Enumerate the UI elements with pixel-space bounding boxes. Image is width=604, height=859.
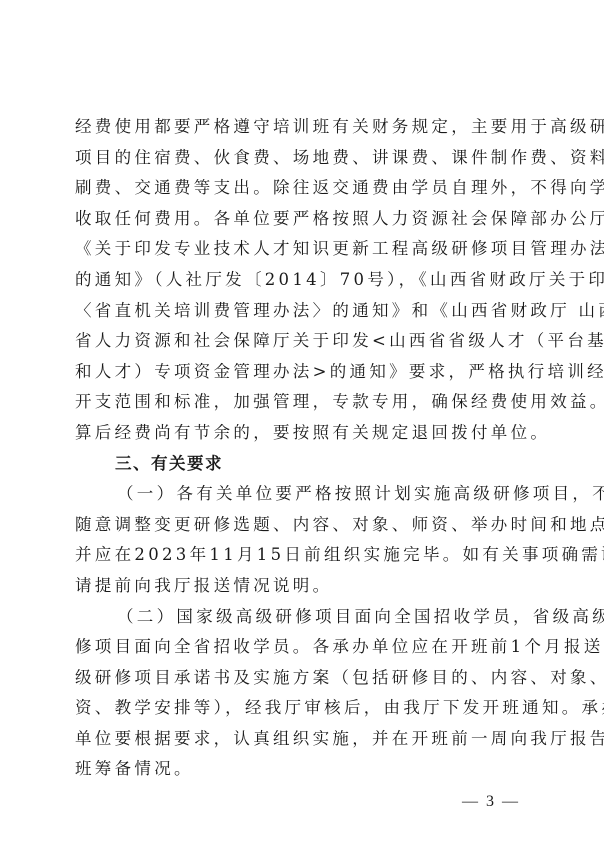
text-line: 收取任何费用。各单位要严格按照人力资源社会保障部办公厅	[75, 204, 531, 235]
text-line: 班筹备情况。	[75, 754, 531, 785]
text-line: 级研修项目承诺书及实施方案（包括研修目的、内容、对象、师	[75, 663, 531, 694]
text-line: 省人力资源和社会保障厅关于印发<山西省省级人才（平台基地	[75, 326, 531, 357]
text-line: 修项目面向全省招收学员。各承办单位应在开班前1个月报送高	[75, 632, 531, 663]
text-line: 并应在2023年11月15日前组织实施完毕。如有关事项确需调整，	[75, 540, 531, 571]
text-line: （二）国家级高级研修项目面向全国招收学员，省级高级研	[75, 602, 531, 633]
text-line: 和人才）专项资金管理办法>的通知》要求，严格执行培训经费	[75, 357, 531, 388]
text-line: 〈省直机关培训费管理办法〉的通知》和《山西省财政厅 山西	[75, 296, 531, 327]
text-line: 请提前向我厅报送情况说明。	[75, 571, 531, 602]
text-line: 刷费、交通费等支出。除往返交通费由学员自理外，不得向学员	[75, 173, 531, 204]
text-line: 开支范围和标准，加强管理，专款专用，确保经费使用效益。决	[75, 387, 531, 418]
text-line: 资、教学安排等），经我厅审核后，由我厅下发开班通知。承办	[75, 693, 531, 724]
text-line: 的通知》（人社厅发〔2014〕70号），《山西省财政厅关于印发	[75, 265, 531, 296]
text-line: 经费使用都要严格遵守培训班有关财务规定，主要用于高级研修	[75, 112, 531, 143]
text-line: 随意调整变更研修选题、内容、对象、师资、举办时间和地点，	[75, 510, 531, 541]
document-body: 经费使用都要严格遵守培训班有关财务规定，主要用于高级研修 项目的住宿费、伙食费、…	[75, 112, 531, 785]
text-line: 单位要根据要求，认真组织实施，并在开班前一周向我厅报告办	[75, 724, 531, 755]
document-page: 经费使用都要严格遵守培训班有关财务规定，主要用于高级研修 项目的住宿费、伙食费、…	[0, 0, 604, 859]
section-heading: 三、有关要求	[75, 449, 531, 480]
paragraph-funding: 经费使用都要严格遵守培训班有关财务规定，主要用于高级研修 项目的住宿费、伙食费、…	[75, 112, 531, 449]
text-line: 算后经费尚有节余的，要按照有关规定退回拨付单位。	[75, 418, 531, 449]
page-number: — 3 —	[462, 793, 520, 811]
text-line: 项目的住宿费、伙食费、场地费、讲课费、课件制作费、资料印	[75, 143, 531, 174]
requirement-item-1: （一）各有关单位要严格按照计划实施高级研修项目，不得 随意调整变更研修选题、内容…	[75, 479, 531, 601]
text-line: 《关于印发专业技术人才知识更新工程高级研修项目管理办法	[75, 234, 531, 265]
requirement-item-2: （二）国家级高级研修项目面向全国招收学员，省级高级研 修项目面向全省招收学员。各…	[75, 602, 531, 786]
text-line: （一）各有关单位要严格按照计划实施高级研修项目，不得	[75, 479, 531, 510]
